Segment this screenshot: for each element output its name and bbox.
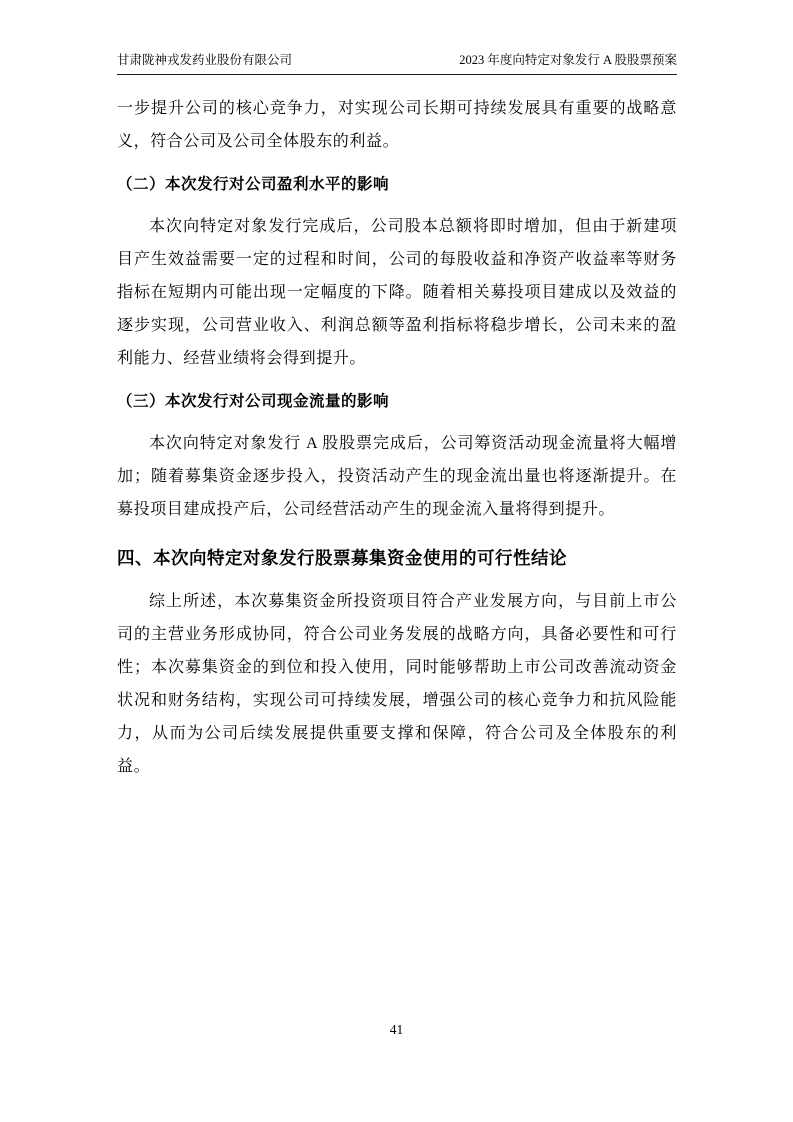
document-body: 一步提升公司的核心竞争力，对实现公司长期可持续发展具有重要的战略意义，符合公司及… bbox=[117, 92, 677, 783]
header-company-name: 甘肃陇神戎发药业股份有限公司 bbox=[117, 52, 292, 68]
paragraph-continued: 一步提升公司的核心竞争力，对实现公司长期可持续发展具有重要的战略意义，符合公司及… bbox=[117, 92, 677, 158]
paragraph-cashflow-impact: 本次向特定对象发行 A 股股票完成后，公司筹资活动现金流量将大幅增加；随着募集资… bbox=[117, 427, 677, 526]
paragraph-feasibility-conclusion: 综上所述，本次募集资金所投资项目符合产业发展方向，与目前上市公司的主营业务形成协… bbox=[117, 585, 677, 783]
page-footer: 41 bbox=[0, 1022, 793, 1038]
header-doc-title: 2023 年度向特定对象发行 A 股股票预案 bbox=[459, 52, 677, 68]
section-heading-feasibility-conclusion: 四、本次向特定对象发行股票募集资金使用的可行性结论 bbox=[117, 545, 677, 571]
page-number: 41 bbox=[390, 1022, 404, 1037]
section-heading-profit-impact: （二）本次发行对公司盈利水平的影响 bbox=[117, 173, 677, 197]
document-page: 甘肃陇神戎发药业股份有限公司 2023 年度向特定对象发行 A 股股票预案 一步… bbox=[0, 0, 793, 1122]
page-header: 甘肃陇神戎发药业股份有限公司 2023 年度向特定对象发行 A 股股票预案 bbox=[117, 52, 677, 75]
paragraph-profit-impact: 本次向特定对象发行完成后，公司股本总额将即时增加，但由于新建项目产生效益需要一定… bbox=[117, 210, 677, 375]
section-heading-cashflow-impact: （三）本次发行对公司现金流量的影响 bbox=[117, 390, 677, 414]
